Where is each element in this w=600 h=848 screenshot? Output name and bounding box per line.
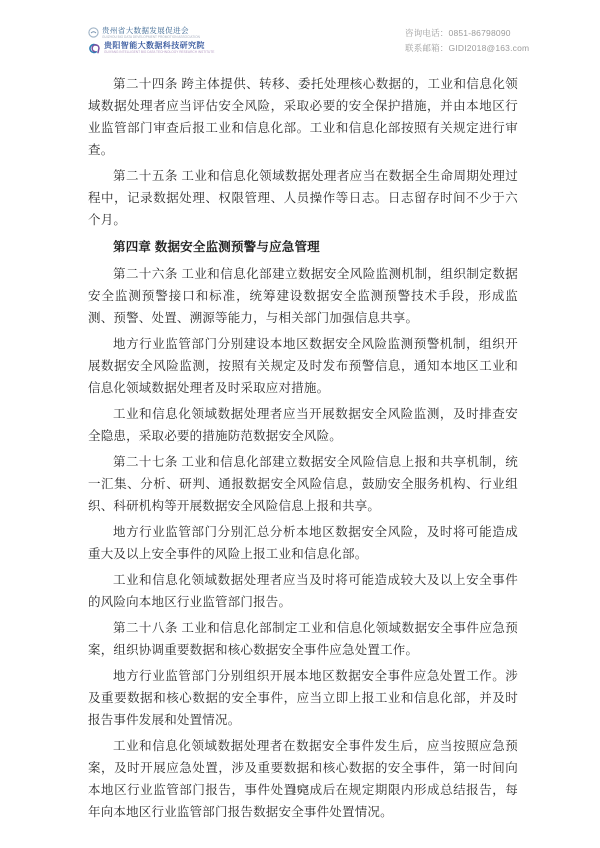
paragraph-article-26: 第二十六条 工业和信息化部建立数据安全风险监测机制，组织制定数据安全监测预警接口… bbox=[88, 263, 518, 329]
association-logo-caption: GUIZHOU BIG DATA DEVELOPMENT PROMOTION A… bbox=[102, 35, 200, 37]
paragraph-article-27: 第二十七条 工业和信息化部建立数据安全风险信息上报和共享机制，统一汇集、分析、研… bbox=[88, 451, 518, 517]
contact-phone-value: 0851-86798090 bbox=[449, 28, 511, 38]
paragraph-article-26-processors: 工业和信息化领域数据处理者应当开展数据安全风险监测，及时排查安全隐患，采取必要的… bbox=[88, 403, 518, 447]
paragraph-article-27-processors: 工业和信息化领域数据处理者应当及时将可能造成较大及以上安全事件的风险向本地区行业… bbox=[88, 569, 518, 613]
paragraph-article-26-local: 地方行业监管部门分别建设本地区数据安全风险监测预警机制，组织开展数据安全风险监测… bbox=[88, 333, 518, 399]
header-logos: 贵州省大数据发展促进会 GUIZHOU BIG DATA DEVELOPMENT… bbox=[88, 27, 380, 58]
institute-logo-name: 贵阳智能大数据科技研究院 bbox=[104, 42, 380, 50]
go-swirl-icon bbox=[88, 42, 101, 55]
institute-logo-caption: GUIYANG INTELLIGENT BIG DATA TECHNOLOGY … bbox=[104, 50, 214, 52]
chapter-4-heading: 第四章 数据安全监测预警与应急管理 bbox=[88, 236, 518, 258]
contact-phone-label: 咨询电话： bbox=[405, 28, 449, 38]
paragraph-article-28-local: 地方行业监管部门分别组织开展本地区数据安全事件应急处置工作。涉及重要数据和核心数… bbox=[88, 665, 518, 731]
paragraph-article-28-processors: 工业和信息化领域数据处理者在数据安全事件发生后，应当按照应急预案，及时开展应急处… bbox=[88, 735, 518, 823]
page-number: 163 bbox=[0, 784, 600, 796]
contact-info: 咨询电话：0851-86798090 联系邮箱：GIDI2018@163.com bbox=[405, 26, 529, 56]
ring-swirl-icon bbox=[88, 27, 99, 38]
logo-association: 贵州省大数据发展促进会 GUIZHOU BIG DATA DEVELOPMENT… bbox=[88, 27, 380, 39]
contact-email-value: GIDI2018@163.com bbox=[449, 43, 530, 53]
document-page: 贵州省大数据发展促进会 GUIZHOU BIG DATA DEVELOPMENT… bbox=[0, 0, 600, 848]
paragraph-article-25: 第二十五条 工业和信息化领域数据处理者应当在数据全生命周期处理过程中，记录数据处… bbox=[88, 165, 518, 231]
paragraph-article-24: 第二十四条 跨主体提供、转移、委托处理核心数据的，工业和信息化领域数据处理者应当… bbox=[88, 73, 518, 161]
paragraph-article-27-local: 地方行业监管部门分别汇总分析本地区数据安全风险，及时将可能造成重大及以上安全事件… bbox=[88, 521, 518, 565]
logo-institute: 贵阳智能大数据科技研究院 GUIYANG INTELLIGENT BIG DAT… bbox=[88, 42, 380, 55]
contact-phone: 咨询电话：0851-86798090 bbox=[405, 26, 529, 41]
contact-email: 联系邮箱：GIDI2018@163.com bbox=[405, 41, 529, 56]
contact-email-label: 联系邮箱： bbox=[405, 43, 449, 53]
association-logo-name: 贵州省大数据发展促进会 bbox=[102, 27, 347, 35]
paragraph-article-28: 第二十八条 工业和信息化部制定工业和信息化领域数据安全事件应急预案，组织协调重要… bbox=[88, 617, 518, 661]
document-body: 第二十四条 跨主体提供、转移、委托处理核心数据的，工业和信息化领域数据处理者应当… bbox=[88, 73, 518, 827]
